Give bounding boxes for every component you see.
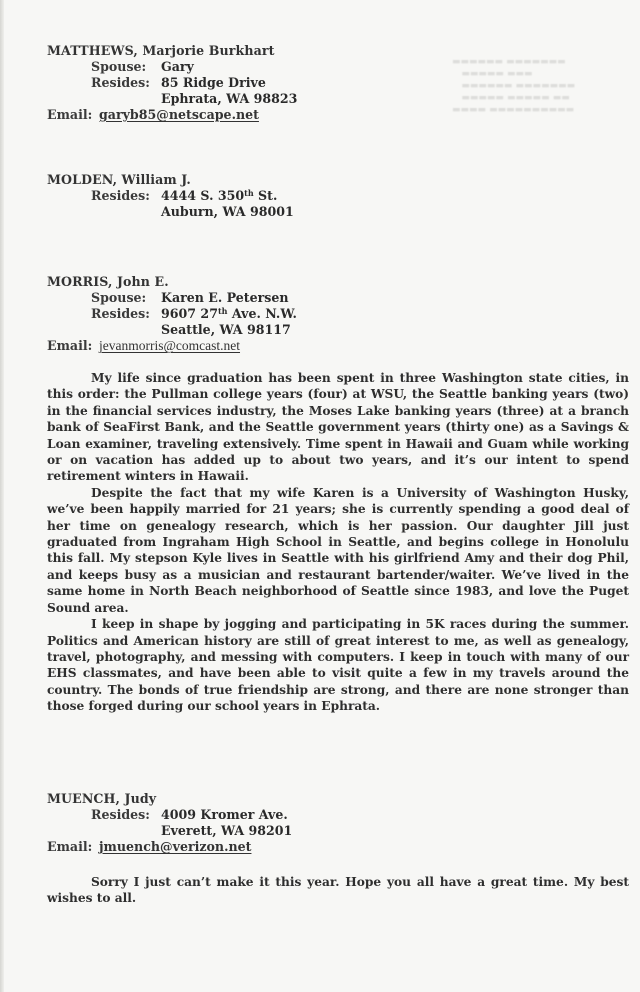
- email-link[interactable]: jevanmorris@comcast.net: [99, 338, 240, 353]
- email-row: Email:garyb85@netscape.net: [47, 107, 297, 123]
- resides-label: Resides:: [91, 75, 161, 91]
- biography-paragraph: I keep in shape by jogging and participa…: [47, 616, 629, 714]
- entry-name: MUENCH, Judy: [47, 791, 292, 807]
- address-line1: 4444 S. 350th St.: [161, 188, 277, 203]
- resides-row: Resides:85 Ridge Drive: [47, 75, 297, 91]
- resides-label: Resides:: [91, 306, 161, 322]
- resides-label: Resides:: [91, 188, 161, 204]
- email-label: Email:: [47, 839, 99, 855]
- entry-name: MOLDEN, William J.: [47, 172, 294, 188]
- page-edge-shadow: [0, 0, 4, 992]
- ordinal-suffix: th: [244, 188, 254, 198]
- biography-paragraph: Despite the fact that my wife Karen is a…: [47, 485, 629, 616]
- reverse-side-bleed-through: ▬▬▬▬▬▬ ▬▬▬▬▬▬▬ ▬▬▬▬▬ ▬▬▬ ▬▬▬▬▬▬ ▬▬▬▬▬▬▬ …: [452, 56, 640, 116]
- email-link[interactable]: jmuench@verizon.net: [99, 839, 251, 854]
- email-link[interactable]: garyb85@netscape.net: [99, 107, 259, 122]
- email-row: Email:jmuench@verizon.net: [47, 839, 292, 855]
- entry-name: MORRIS, John E.: [47, 274, 297, 290]
- street-type: St.: [254, 188, 278, 203]
- address-number: 9607 27: [161, 306, 218, 321]
- directory-entry-molden: MOLDEN, William J. Resides:4444 S. 350th…: [47, 172, 294, 220]
- muench-message: Sorry I just can’t make it this year. Ho…: [47, 874, 629, 907]
- morris-biography: My life since graduation has been spent …: [47, 370, 629, 715]
- address-number: 4444 S. 350: [161, 188, 244, 203]
- address-line1: 9607 27th Ave. N.W.: [161, 306, 297, 321]
- directory-entry-matthews: MATTHEWS, Marjorie Burkhart Spouse:Gary …: [47, 43, 297, 123]
- address-line2: Everett, WA 98201: [47, 823, 292, 839]
- biography-paragraph: My life since graduation has been spent …: [47, 370, 629, 485]
- entry-name: MATTHEWS, Marjorie Burkhart: [47, 43, 297, 59]
- address-line1: 4009 Kromer Ave.: [161, 807, 288, 822]
- directory-entry-muench: MUENCH, Judy Resides:4009 Kromer Ave. Ev…: [47, 791, 292, 855]
- resides-label: Resides:: [91, 807, 161, 823]
- spouse-value: Karen E. Petersen: [161, 290, 289, 305]
- spouse-row: Spouse:Gary: [47, 59, 297, 75]
- street-type: Ave. N.W.: [227, 306, 296, 321]
- message-paragraph: Sorry I just can’t make it this year. Ho…: [47, 874, 629, 907]
- directory-entry-morris: MORRIS, John E. Spouse:Karen E. Petersen…: [47, 274, 297, 354]
- address-line1: 85 Ridge Drive: [161, 75, 266, 90]
- address-line2: Ephrata, WA 98823: [47, 91, 297, 107]
- resides-row: Resides:4009 Kromer Ave.: [47, 807, 292, 823]
- address-line2: Seattle, WA 98117: [47, 322, 297, 338]
- email-label: Email:: [47, 107, 99, 123]
- email-label: Email:: [47, 338, 99, 354]
- address-line2: Auburn, WA 98001: [47, 204, 294, 220]
- resides-row: Resides:4444 S. 350th St.: [47, 188, 294, 204]
- spouse-row: Spouse:Karen E. Petersen: [47, 290, 297, 306]
- spouse-label: Spouse:: [91, 290, 161, 306]
- spouse-value: Gary: [161, 59, 194, 74]
- spouse-label: Spouse:: [91, 59, 161, 75]
- resides-row: Resides:9607 27th Ave. N.W.: [47, 306, 297, 322]
- email-row: Email:jevanmorris@comcast.net: [47, 338, 297, 354]
